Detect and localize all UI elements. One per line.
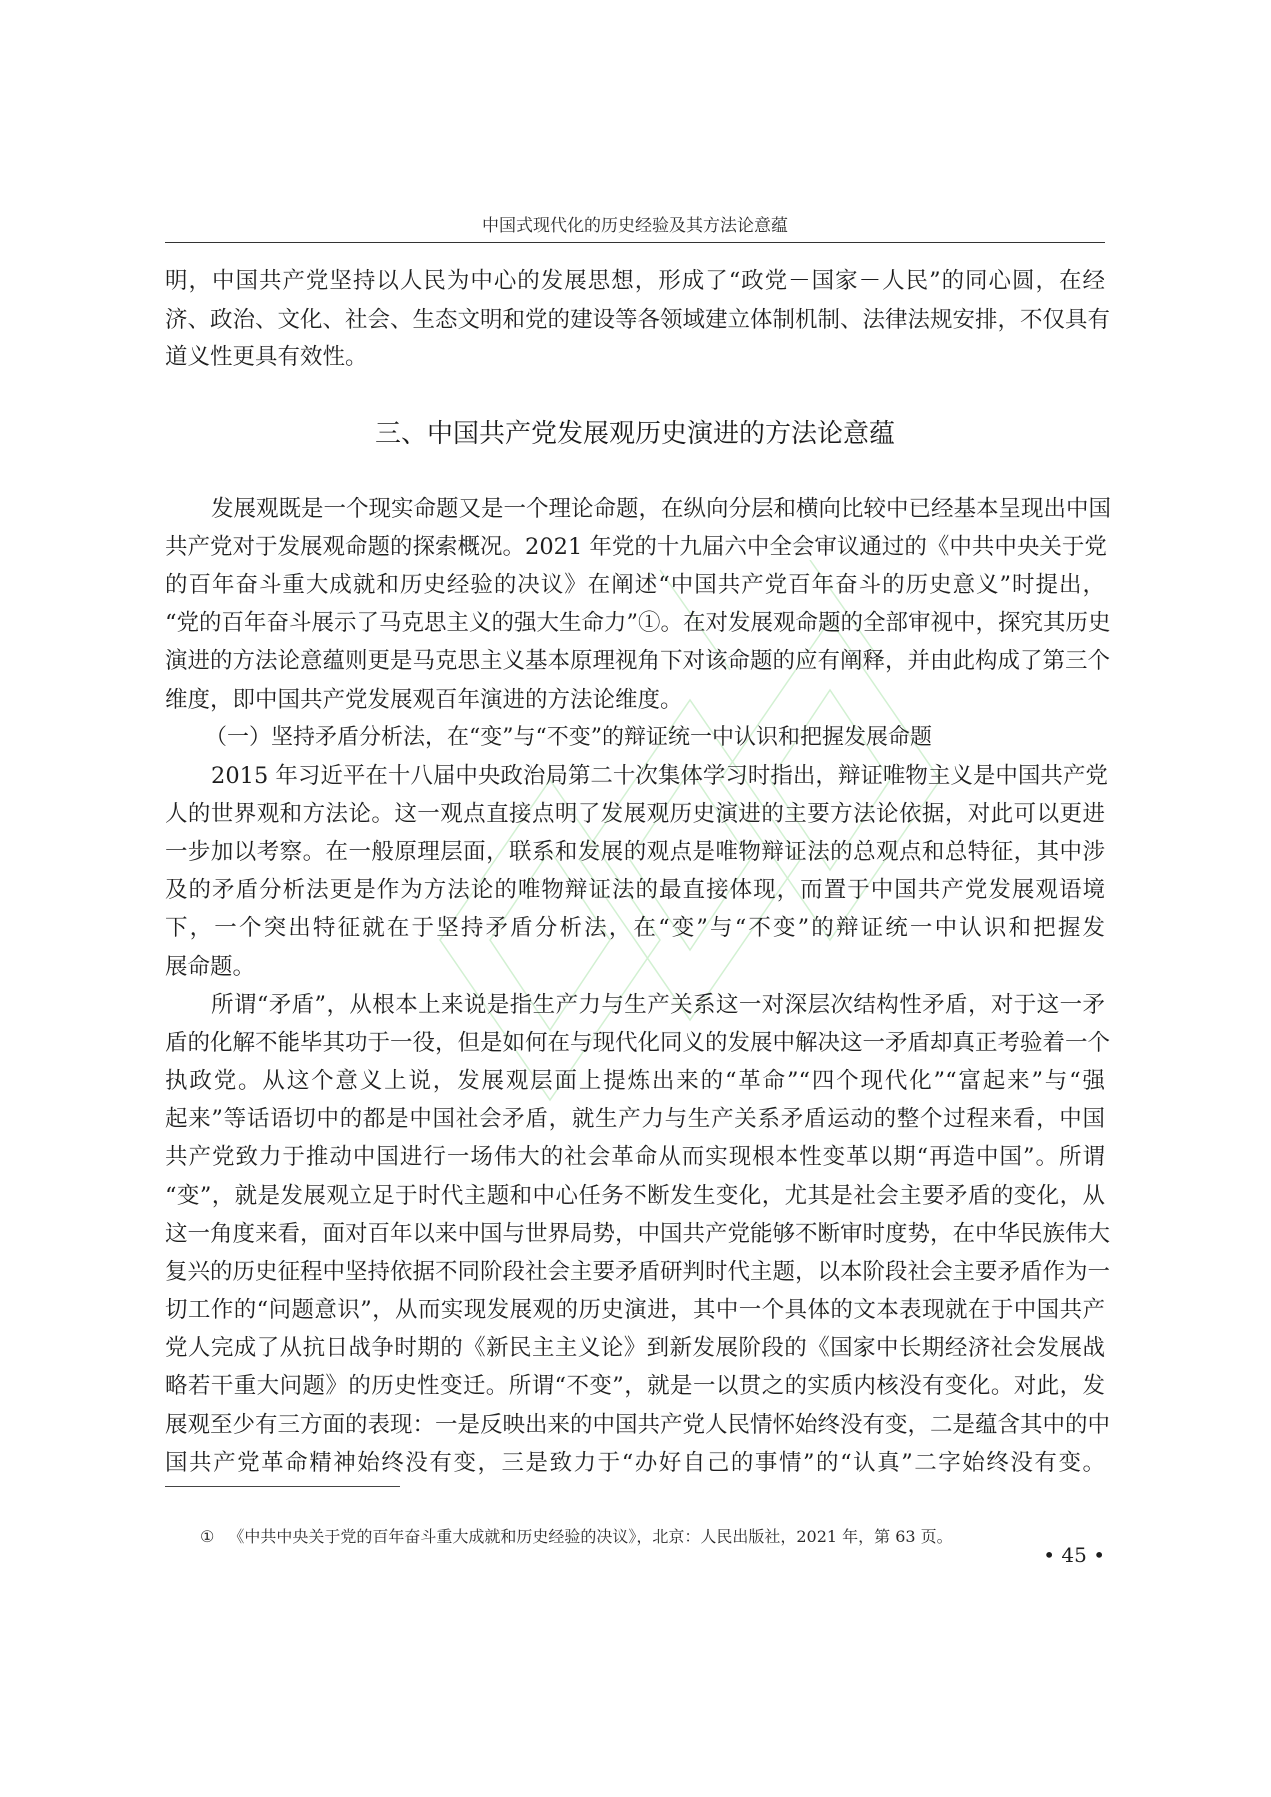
section-heading: 三、中国共产党发展观历史演进的方法论意蕴 bbox=[165, 418, 1105, 450]
body-line: 国共产党革命精神始终没有变，三是致力于“办好自己的事情”的“认真”二字始终没有变… bbox=[165, 1448, 1105, 1478]
body-line: 济、政治、文化、社会、生态文明和党的建设等各领域建立体制机制、法律法规安排，不仅… bbox=[165, 305, 1105, 335]
body-line: 执政党。从这个意义上说，发展观层面上提炼出来的“革命”“四个现代化”“富起来”与… bbox=[165, 1066, 1105, 1096]
body-line: “变”，就是发展观立足于时代主题和中心任务不断发生变化，尤其是社会主要矛盾的变化… bbox=[165, 1181, 1105, 1211]
body-line: 共产党对于发展观命题的探索概况。2021 年党的十九届六中全会审议通过的《中共中… bbox=[165, 532, 1105, 562]
subsection-heading: （一）坚持矛盾分析法，在“变”与“不变”的辩证统一中认识和把握发展命题 bbox=[205, 723, 932, 753]
body-line: 道义性更具有效性。 bbox=[165, 342, 1105, 372]
body-line: 展观至少有三方面的表现：一是反映出来的中国共产党人民情怀始终没有变，二是蕴含其中… bbox=[165, 1410, 1105, 1440]
body-line: 明，中国共产党坚持以人民为中心的发展思想，形成了“政党－国家－人民”的同心圆，在… bbox=[165, 266, 1105, 296]
body-line: “党的百年奋斗展示了马克思主义的强大生命力”①。在对发展观命题的全部审视中，探究… bbox=[165, 608, 1105, 638]
body-line: 演进的方法论意蕴则更是马克思主义基本原理视角下对该命题的应有阐释，并由此构成了第… bbox=[165, 646, 1105, 676]
body-line: 复兴的历史征程中坚持依据不同阶段社会主要矛盾研判时代主题，以本阶段社会主要矛盾作… bbox=[165, 1257, 1105, 1287]
body-line: 这一角度来看，面对百年以来中国与世界局势，中国共产党能够不断审时度势，在中华民族… bbox=[165, 1219, 1105, 1249]
body-line: 所谓“矛盾”，从根本上来说是指生产力与生产关系这一对深层次结构性矛盾，对于这一矛 bbox=[211, 990, 1105, 1020]
body-line: 的百年奋斗重大成就和历史经验的决议》在阐述“中国共产党百年奋斗的历史意义”时提出… bbox=[165, 570, 1105, 600]
header-rule bbox=[165, 242, 1105, 243]
body-line: 共产党致力于推动中国进行一场伟大的社会革命从而实现根本性变革以期“再造中国”。所… bbox=[165, 1142, 1105, 1172]
body-line: 下，一个突出特征就在于坚持矛盾分析法，在“变”与“不变”的辩证统一中认识和把握发 bbox=[165, 913, 1105, 943]
body-line: 及的矛盾分析法更是作为方法论的唯物辩证法的最直接体现，而置于中国共产党发展观语境 bbox=[165, 875, 1105, 905]
body-line: 2015 年习近平在十八届中央政治局第二十次集体学习时指出，辩证唯物主义是中国共… bbox=[211, 761, 1105, 791]
body-line: 发展观既是一个现实命题又是一个理论命题，在纵向分层和横向比较中已经基本呈现出中国 bbox=[211, 494, 1105, 524]
body-line: 党人完成了从抗日战争时期的《新民主主义论》到新发展阶段的《国家中长期经济社会发展… bbox=[165, 1333, 1105, 1363]
body-line: 略若干重大问题》的历史性变迁。所谓“不变”，就是一以贯之的实质内核没有变化。对此… bbox=[165, 1371, 1105, 1401]
body-line: 一步加以考察。在一般原理层面，联系和发展的观点是唯物辩证法的总观点和总特征，其中… bbox=[165, 837, 1105, 867]
footnote-mark: ① bbox=[200, 1527, 214, 1546]
footnote-text: 《中共中央关于党的百年奋斗重大成就和历史经验的决议》，北京：人民出版社，2021… bbox=[228, 1527, 952, 1546]
body-line: 起来”等话语切中的都是中国社会矛盾，就生产力与生产关系矛盾运动的整个过程来看，中… bbox=[165, 1104, 1105, 1134]
running-head: 中国式现代化的历史经验及其方法论意蕴 bbox=[165, 214, 1105, 238]
body-line: 展命题。 bbox=[165, 952, 1105, 982]
page-number: • 45 • bbox=[1040, 1542, 1105, 1568]
body-line: 切工作的“问题意识”，从而实现发展观的历史演进，其中一个具体的文本表现就在于中国… bbox=[165, 1295, 1105, 1325]
body-line: 盾的化解不能毕其功于一役，但是如何在与现代化同义的发展中解决这一矛盾却真正考验着… bbox=[165, 1028, 1105, 1058]
footnote: ①《中共中央关于党的百年奋斗重大成就和历史经验的决议》，北京：人民出版社，202… bbox=[200, 1525, 953, 1549]
footnote-rule bbox=[165, 1486, 400, 1487]
body-line: 人的世界观和方法论。这一观点直接点明了发展观历史演进的主要方法论依据，对此可以更… bbox=[165, 799, 1105, 829]
body-line: 维度，即中国共产党发展观百年演进的方法论维度。 bbox=[165, 685, 1105, 715]
document-page: 中国式现代化的历史经验及其方法论意蕴 明，中国共产党坚持以人民为中心的发展思想，… bbox=[0, 0, 1271, 1797]
